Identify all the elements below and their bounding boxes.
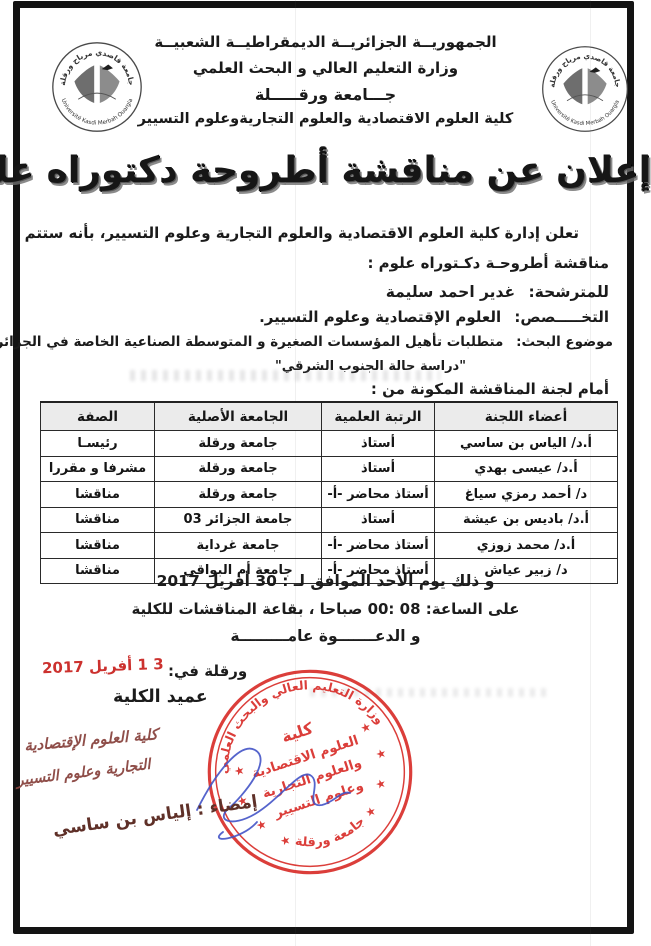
cell-role: رئيسـا xyxy=(41,431,155,457)
topic-value: متطلبات تأهيل المؤسسات الصغيرة و المتوسط… xyxy=(0,334,503,350)
defense-time-line: على الساعة: 00: 08 صباحا ، بقاعة المناقش… xyxy=(0,600,651,618)
specialty-label: التخـــــصص: xyxy=(514,308,609,326)
time-value: 00: 08 xyxy=(368,600,421,618)
cell-rank: أستاذ xyxy=(322,456,435,482)
cell-role: مناقشا xyxy=(41,533,155,559)
cell-university: جامعة غرداية xyxy=(155,533,322,559)
col-header-rank: الرتبة العلمية xyxy=(322,402,435,431)
university-logo-icon: جامعة قاصدي مرباح ورقلة Université Kasdi… xyxy=(540,44,630,134)
cell-member: أ.د/ عيسى بهدي xyxy=(435,456,618,482)
topic-line: موضوع البحث: متطلبات تأهيل المؤسسات الصغ… xyxy=(0,334,613,350)
logo-left-wing xyxy=(74,65,94,103)
public-invitation-line: و الدعـــــــوة عامـــــــــة xyxy=(0,627,651,645)
defense-date-line: و ذلك يوم الأحد الموافق لـ : 30 أفريل 20… xyxy=(0,572,651,590)
ink-bleed-smudge xyxy=(130,370,440,381)
col-header-role: الصفة xyxy=(41,402,155,431)
col-header-university: الجامعة الأصلية xyxy=(155,402,322,431)
stamp-month-year: أفريل 2017 xyxy=(42,656,133,677)
cell-rank: أستاذ xyxy=(322,507,435,533)
university-logo-icon: جامعة قاصدي مرباح ورقلة Université Kasdi… xyxy=(50,40,144,134)
cell-rank: أستاذ محاضر -أ- xyxy=(322,482,435,508)
candidate-line: للمترشحة: غدير احمد سليمة xyxy=(386,283,609,301)
candidate-name: غدير احمد سليمة xyxy=(386,283,515,301)
table-row: أ.د/ الياس بن ساسي أستاذ جامعة ورقلة رئي… xyxy=(41,431,618,457)
cell-member: د/ أحمد رمزي سياغ xyxy=(435,482,618,508)
pen-signature xyxy=(183,712,358,847)
topic-label: موضوع البحث: xyxy=(516,334,613,350)
cell-member: أ.د/ محمد زوزي xyxy=(435,533,618,559)
svg-text:جامعة قاصدي مرباح ورقلة: جامعة قاصدي مرباح ورقلة xyxy=(547,51,622,88)
cell-role: مناقشا xyxy=(41,507,155,533)
place-date-label: ورقلة في: xyxy=(168,662,247,680)
table-header-row: أعضاء اللجنة الرتبة العلمية الجامعة الأص… xyxy=(41,402,618,431)
table-row: أ.د/ عيسى بهدي أستاذ جامعة ورقلة مشرفا و… xyxy=(41,456,618,482)
table-row: د/ أحمد رمزي سياغ أستاذ محاضر -أ- جامعة … xyxy=(41,482,618,508)
specialty-value: العلوم الإقتصادية وعلوم التسيير. xyxy=(259,308,501,326)
cell-rank: أستاذ xyxy=(322,431,435,457)
candidate-label: للمترشحة: xyxy=(528,283,609,301)
logo-arabic-text: جامعة قاصدي مرباح ورقلة xyxy=(58,48,136,86)
table-row: أ.د/ محمد زوزي أستاذ محاضر -أ- جامعة غرد… xyxy=(41,533,618,559)
committee-table: أعضاء اللجنة الرتبة العلمية الجامعة الأص… xyxy=(40,401,618,584)
logo-right-wing xyxy=(100,65,120,103)
specialty-line: التخـــــصص: العلوم الإقتصادية وعلوم الت… xyxy=(259,308,609,326)
cell-role: مناقشا xyxy=(41,482,155,508)
cell-member: أ.د/ الياس بن ساسي xyxy=(435,431,618,457)
svg-text:★: ★ xyxy=(359,719,373,736)
time-suffix: صباحا ، بقاعة المناقشات للكلية xyxy=(131,600,362,618)
table-row: أ.د/ باديس بن عيشة أستاذ جامعة الجزائر 0… xyxy=(41,507,618,533)
cell-university: جامعة ورقلة xyxy=(155,482,322,508)
logo-arabic-text: جامعة قاصدي مرباح ورقلة xyxy=(547,51,622,88)
logo-left-wing xyxy=(563,68,582,104)
page-title: إعلان عن مناقشة أطروحة دكتوراه علوم xyxy=(0,150,651,191)
cell-university: جامعة الجزائر 03 xyxy=(155,507,322,533)
col-header-members: أعضاء اللجنة xyxy=(435,402,618,431)
intro-line-1: تعلن إدارة كلية العلوم الاقتصادية والعلو… xyxy=(25,224,579,242)
cell-rank: أستاذ محاضر -أ- xyxy=(322,533,435,559)
svg-text:جامعة قاصدي مرباح ورقلة: جامعة قاصدي مرباح ورقلة xyxy=(58,48,136,86)
time-label: على الساعة: xyxy=(426,600,520,618)
cell-member: أ.د/ باديس بن عيشة xyxy=(435,507,618,533)
svg-text:★: ★ xyxy=(374,776,388,793)
cell-role: مشرفا و مقررا xyxy=(41,456,155,482)
cell-university: جامعة ورقلة xyxy=(155,431,322,457)
cell-university: جامعة ورقلة xyxy=(155,456,322,482)
svg-text:★: ★ xyxy=(364,803,378,820)
svg-text:★: ★ xyxy=(374,745,388,762)
stamp-day: 1 3 xyxy=(137,655,164,674)
intro-line-2: مناقشة أطروحـة دكـتوراه علوم : xyxy=(367,254,609,272)
committee-intro: أمام لجنة المناقشة المكونة من : xyxy=(371,380,609,398)
logo-right-wing xyxy=(588,68,607,104)
